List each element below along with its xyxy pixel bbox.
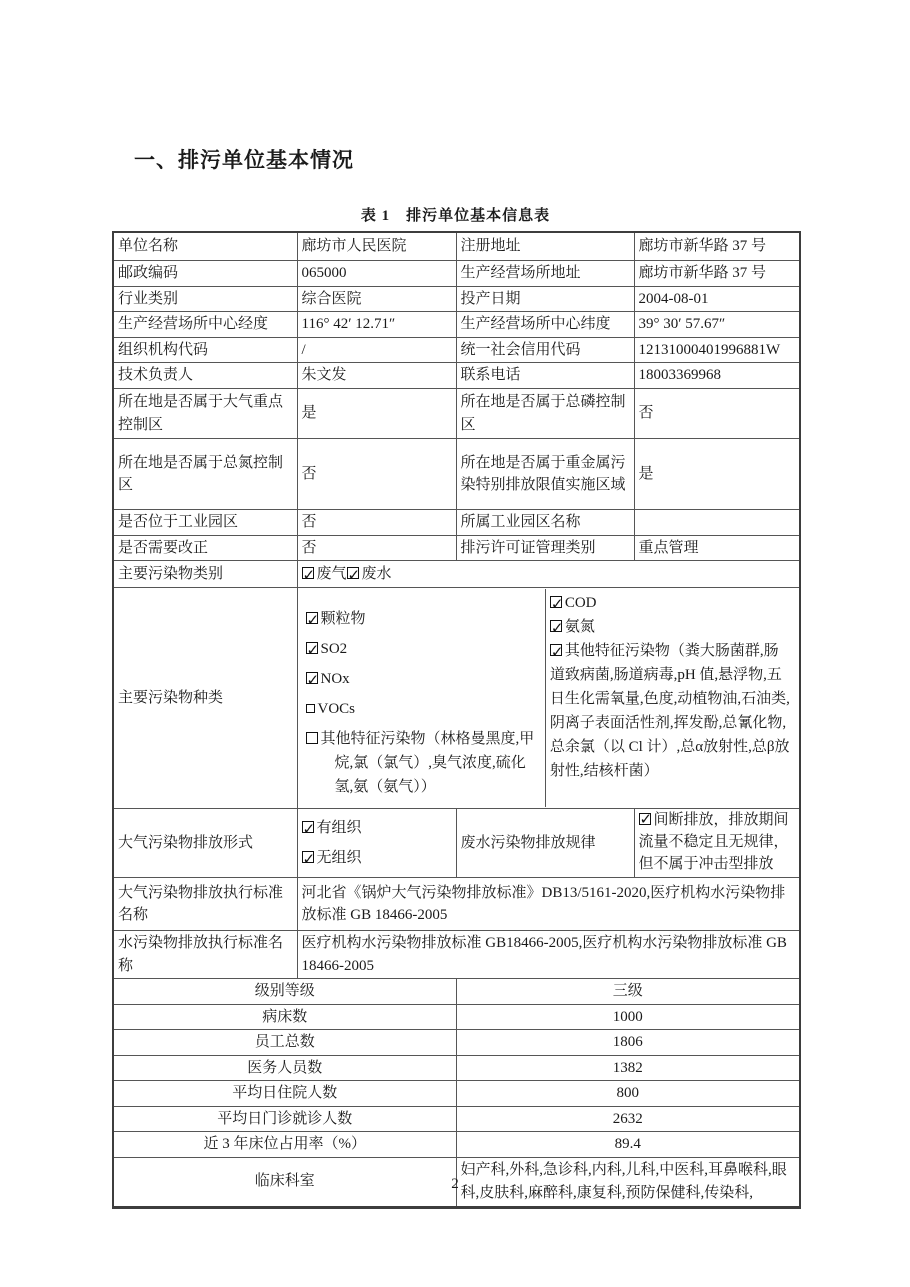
document-page: { "page": { "section_title": "一、排污单位基本情况… xyxy=(0,0,910,1287)
field-label: 生产经营场所地址 xyxy=(456,260,634,286)
field-label: 注册地址 xyxy=(456,232,634,260)
table-row: 平均日住院人数 800 xyxy=(113,1081,800,1107)
table-caption: 表 1 排污单位基本信息表 xyxy=(112,204,799,225)
field-label: 大气污染物排放执行标准名称 xyxy=(113,878,297,931)
field-label: 员工总数 xyxy=(113,1030,456,1056)
pollutant-species-values: 颗粒物 SO2 NOx VOCs 其他特征污染物（林格曼黑度,甲烷,氯（氯气）,… xyxy=(297,588,800,809)
field-value: 18003369968 xyxy=(634,363,800,389)
checkbox-checked-icon xyxy=(639,813,651,825)
pollutant-species-row: 主要污染物种类 颗粒物 SO2 NOx VOCs 其他特征污染物（林格曼黑度,甲… xyxy=(113,588,800,809)
field-value: 89.4 xyxy=(456,1132,800,1158)
field-label: 单位名称 xyxy=(113,232,297,260)
checkbox-checked-icon xyxy=(306,732,318,744)
checkbox-label: 无组织 xyxy=(317,850,362,866)
checkbox-label: VOCs xyxy=(318,701,356,717)
checkbox-item: COD xyxy=(550,591,791,615)
table-row: 行业类别 综合医院 投产日期 2004-08-01 xyxy=(113,286,800,312)
checkbox-item: 废气 xyxy=(302,566,347,582)
field-label: 是否位于工业园区 xyxy=(113,510,297,536)
table-row: 近 3 年床位占用率（%） 89.4 xyxy=(113,1132,800,1158)
field-value: 廊坊市新华路 37 号 xyxy=(634,232,800,260)
checkbox-item: 颗粒物 xyxy=(306,607,541,631)
pollutant-category-values: 废气废水 xyxy=(297,561,800,588)
field-value: 1000 xyxy=(456,1004,800,1030)
checkbox-label: 废水 xyxy=(362,566,392,582)
field-value: 12131000401996881W xyxy=(634,337,800,363)
checkbox-checked-icon xyxy=(347,567,359,579)
checkbox-checked-icon xyxy=(306,672,318,684)
checkbox-label: 其他特征污染物（林格曼黑度,甲烷,氯（氯气）,臭气浓度,硫化氢,氨（氨气）） xyxy=(321,731,535,795)
field-label: 排污许可证管理类别 xyxy=(456,535,634,561)
basic-info-table: 单位名称 廊坊市人民医院 注册地址 廊坊市新华路 37 号 邮政编码 06500… xyxy=(112,231,801,1209)
field-value: 39° 30′ 57.67″ xyxy=(634,312,800,338)
checkbox-label: COD xyxy=(565,595,597,611)
field-value: 廊坊市新华路 37 号 xyxy=(634,260,800,286)
checkbox-item: NOx xyxy=(306,667,541,691)
emission-form-values: 有组织 无组织 xyxy=(297,809,456,878)
field-label: 废水污染物排放规律 xyxy=(456,809,634,878)
table-row: 邮政编码 065000 生产经营场所地址 廊坊市新华路 37 号 xyxy=(113,260,800,286)
field-label: 所在地是否属于总磷控制区 xyxy=(456,389,634,439)
field-label: 平均日门诊就诊人数 xyxy=(113,1106,456,1132)
field-label: 联系电话 xyxy=(456,363,634,389)
table-row: 医务人员数 1382 xyxy=(113,1055,800,1081)
checkbox-item: 其他特征污染物（林格曼黑度,甲烷,氯（氯气）,臭气浓度,硫化氢,氨（氨气）） xyxy=(306,727,541,799)
field-value: 1806 xyxy=(456,1030,800,1056)
field-value: 065000 xyxy=(297,260,456,286)
field-value: 医疗机构水污染物排放标准 GB18466-2005,医疗机构水污染物排放标准 G… xyxy=(297,931,800,979)
field-label: 统一社会信用代码 xyxy=(456,337,634,363)
field-label: 邮政编码 xyxy=(113,260,297,286)
table-row: 所在地是否属于大气重点控制区 是 所在地是否属于总磷控制区 否 xyxy=(113,389,800,439)
field-value: 重点管理 xyxy=(634,535,800,561)
checkbox-label: 间断排放，排放期间流量不稳定且无规律，但不属于冲击型排放 xyxy=(639,812,789,872)
field-label: 大气污染物排放形式 xyxy=(113,809,297,878)
checkbox-item: 氨氮 xyxy=(550,615,791,639)
field-label: 主要污染物种类 xyxy=(113,588,297,809)
checkbox-label: 有组织 xyxy=(317,820,362,836)
checkbox-checked-icon xyxy=(550,644,562,656)
field-value: 800 xyxy=(456,1081,800,1107)
field-value: 2632 xyxy=(456,1106,800,1132)
field-label: 级别等级 xyxy=(113,979,456,1005)
checkbox-checked-icon xyxy=(306,642,318,654)
checkbox-label: NOx xyxy=(321,671,350,687)
field-label: 所在地是否属于重金属污染特别排放限值实施区域 xyxy=(456,439,634,510)
field-label: 组织机构代码 xyxy=(113,337,297,363)
table-row: 所在地是否属于总氮控制区 否 所在地是否属于重金属污染特别排放限值实施区域 是 xyxy=(113,439,800,510)
checkbox-item: 废水 xyxy=(347,566,392,582)
wastewater-discharge-pattern: 间断排放，排放期间流量不稳定且无规律，但不属于冲击型排放 xyxy=(634,809,800,878)
field-label: 主要污染物类别 xyxy=(113,561,297,588)
field-value: / xyxy=(297,337,456,363)
field-label: 生产经营场所中心经度 xyxy=(113,312,297,338)
field-label: 所在地是否属于大气重点控制区 xyxy=(113,389,297,439)
field-value: 河北省《锅炉大气污染物排放标准》DB13/5161-2020,医疗机构水污染物排… xyxy=(297,878,800,931)
table-row: 病床数 1000 xyxy=(113,1004,800,1030)
checkbox-checked-icon xyxy=(306,612,318,624)
checkbox-checked-icon xyxy=(302,821,314,833)
field-label: 生产经营场所中心纬度 xyxy=(456,312,634,338)
field-value: 综合医院 xyxy=(297,286,456,312)
checkbox-item: 无组织 xyxy=(302,846,452,870)
water-standard-row: 水污染物排放执行标准名称 医疗机构水污染物排放标准 GB18466-2005,医… xyxy=(113,931,800,979)
checkbox-label: 颗粒物 xyxy=(321,611,366,627)
field-value: 否 xyxy=(297,510,456,536)
field-value: 1382 xyxy=(456,1055,800,1081)
table-row: 是否位于工业园区 否 所属工业园区名称 xyxy=(113,510,800,536)
checkbox-label: SO2 xyxy=(321,641,348,657)
page-number: 2 xyxy=(0,1176,910,1193)
table-row: 平均日门诊就诊人数 2632 xyxy=(113,1106,800,1132)
checkbox-item: 其他特征污染物（粪大肠菌群,肠道致病菌,肠道病毒,pH 值,悬浮物,五日生化需氧… xyxy=(550,639,791,783)
checkbox-item: 有组织 xyxy=(302,816,452,840)
field-value: 是 xyxy=(297,389,456,439)
section-title: 一、排污单位基本情况 xyxy=(134,144,354,174)
checkbox-checked-icon xyxy=(302,851,314,863)
checkbox-label: 废气 xyxy=(317,566,347,582)
field-value: 廊坊市人民医院 xyxy=(297,232,456,260)
field-value: 否 xyxy=(297,535,456,561)
field-label: 近 3 年床位占用率（%） xyxy=(113,1132,456,1158)
field-value: 否 xyxy=(297,439,456,510)
checkbox-checked-icon xyxy=(302,567,314,579)
field-label: 所在地是否属于总氮控制区 xyxy=(113,439,297,510)
checkbox-unchecked-icon xyxy=(306,704,315,713)
table-row: 生产经营场所中心经度 116° 42′ 12.71″ 生产经营场所中心纬度 39… xyxy=(113,312,800,338)
air-standard-row: 大气污染物排放执行标准名称 河北省《锅炉大气污染物排放标准》DB13/5161-… xyxy=(113,878,800,931)
field-label: 所属工业园区名称 xyxy=(456,510,634,536)
water-pollutants-list: COD 氨氮 其他特征污染物（粪大肠菌群,肠道致病菌,肠道病毒,pH 值,悬浮物… xyxy=(546,589,795,807)
checkbox-checked-icon xyxy=(550,620,562,632)
field-label: 是否需要改正 xyxy=(113,535,297,561)
table-row: 组织机构代码 / 统一社会信用代码 12131000401996881W xyxy=(113,337,800,363)
air-pollutants-list: 颗粒物 SO2 NOx VOCs 其他特征污染物（林格曼黑度,甲烷,氯（氯气）,… xyxy=(302,589,546,807)
table-row: 级别等级 三级 xyxy=(113,979,800,1005)
checkbox-label: 其他特征污染物（粪大肠菌群,肠道致病菌,肠道病毒,pH 值,悬浮物,五日生化需氧… xyxy=(550,643,790,779)
field-value: 是 xyxy=(634,439,800,510)
field-value: 2004-08-01 xyxy=(634,286,800,312)
field-value xyxy=(634,510,800,536)
field-label: 水污染物排放执行标准名称 xyxy=(113,931,297,979)
field-value: 否 xyxy=(634,389,800,439)
field-label: 平均日住院人数 xyxy=(113,1081,456,1107)
checkbox-item: SO2 xyxy=(306,637,541,661)
table-row: 技术负责人 朱文发 联系电话 18003369968 xyxy=(113,363,800,389)
field-value: 三级 xyxy=(456,979,800,1005)
checkbox-label: 氨氮 xyxy=(565,619,595,635)
field-label: 医务人员数 xyxy=(113,1055,456,1081)
table-row: 是否需要改正 否 排污许可证管理类别 重点管理 xyxy=(113,535,800,561)
checkbox-item: VOCs xyxy=(306,697,541,721)
field-label: 投产日期 xyxy=(456,286,634,312)
field-label: 行业类别 xyxy=(113,286,297,312)
field-value: 116° 42′ 12.71″ xyxy=(297,312,456,338)
table-row: 单位名称 廊坊市人民医院 注册地址 廊坊市新华路 37 号 xyxy=(113,232,800,260)
field-label: 技术负责人 xyxy=(113,363,297,389)
field-label: 病床数 xyxy=(113,1004,456,1030)
table-row: 员工总数 1806 xyxy=(113,1030,800,1056)
checkbox-checked-icon xyxy=(550,596,562,608)
pollutant-category-row: 主要污染物类别 废气废水 xyxy=(113,561,800,588)
field-value: 朱文发 xyxy=(297,363,456,389)
emission-form-row: 大气污染物排放形式 有组织 无组织 废水污染物排放规律 间断排放，排放期间流量不… xyxy=(113,809,800,878)
